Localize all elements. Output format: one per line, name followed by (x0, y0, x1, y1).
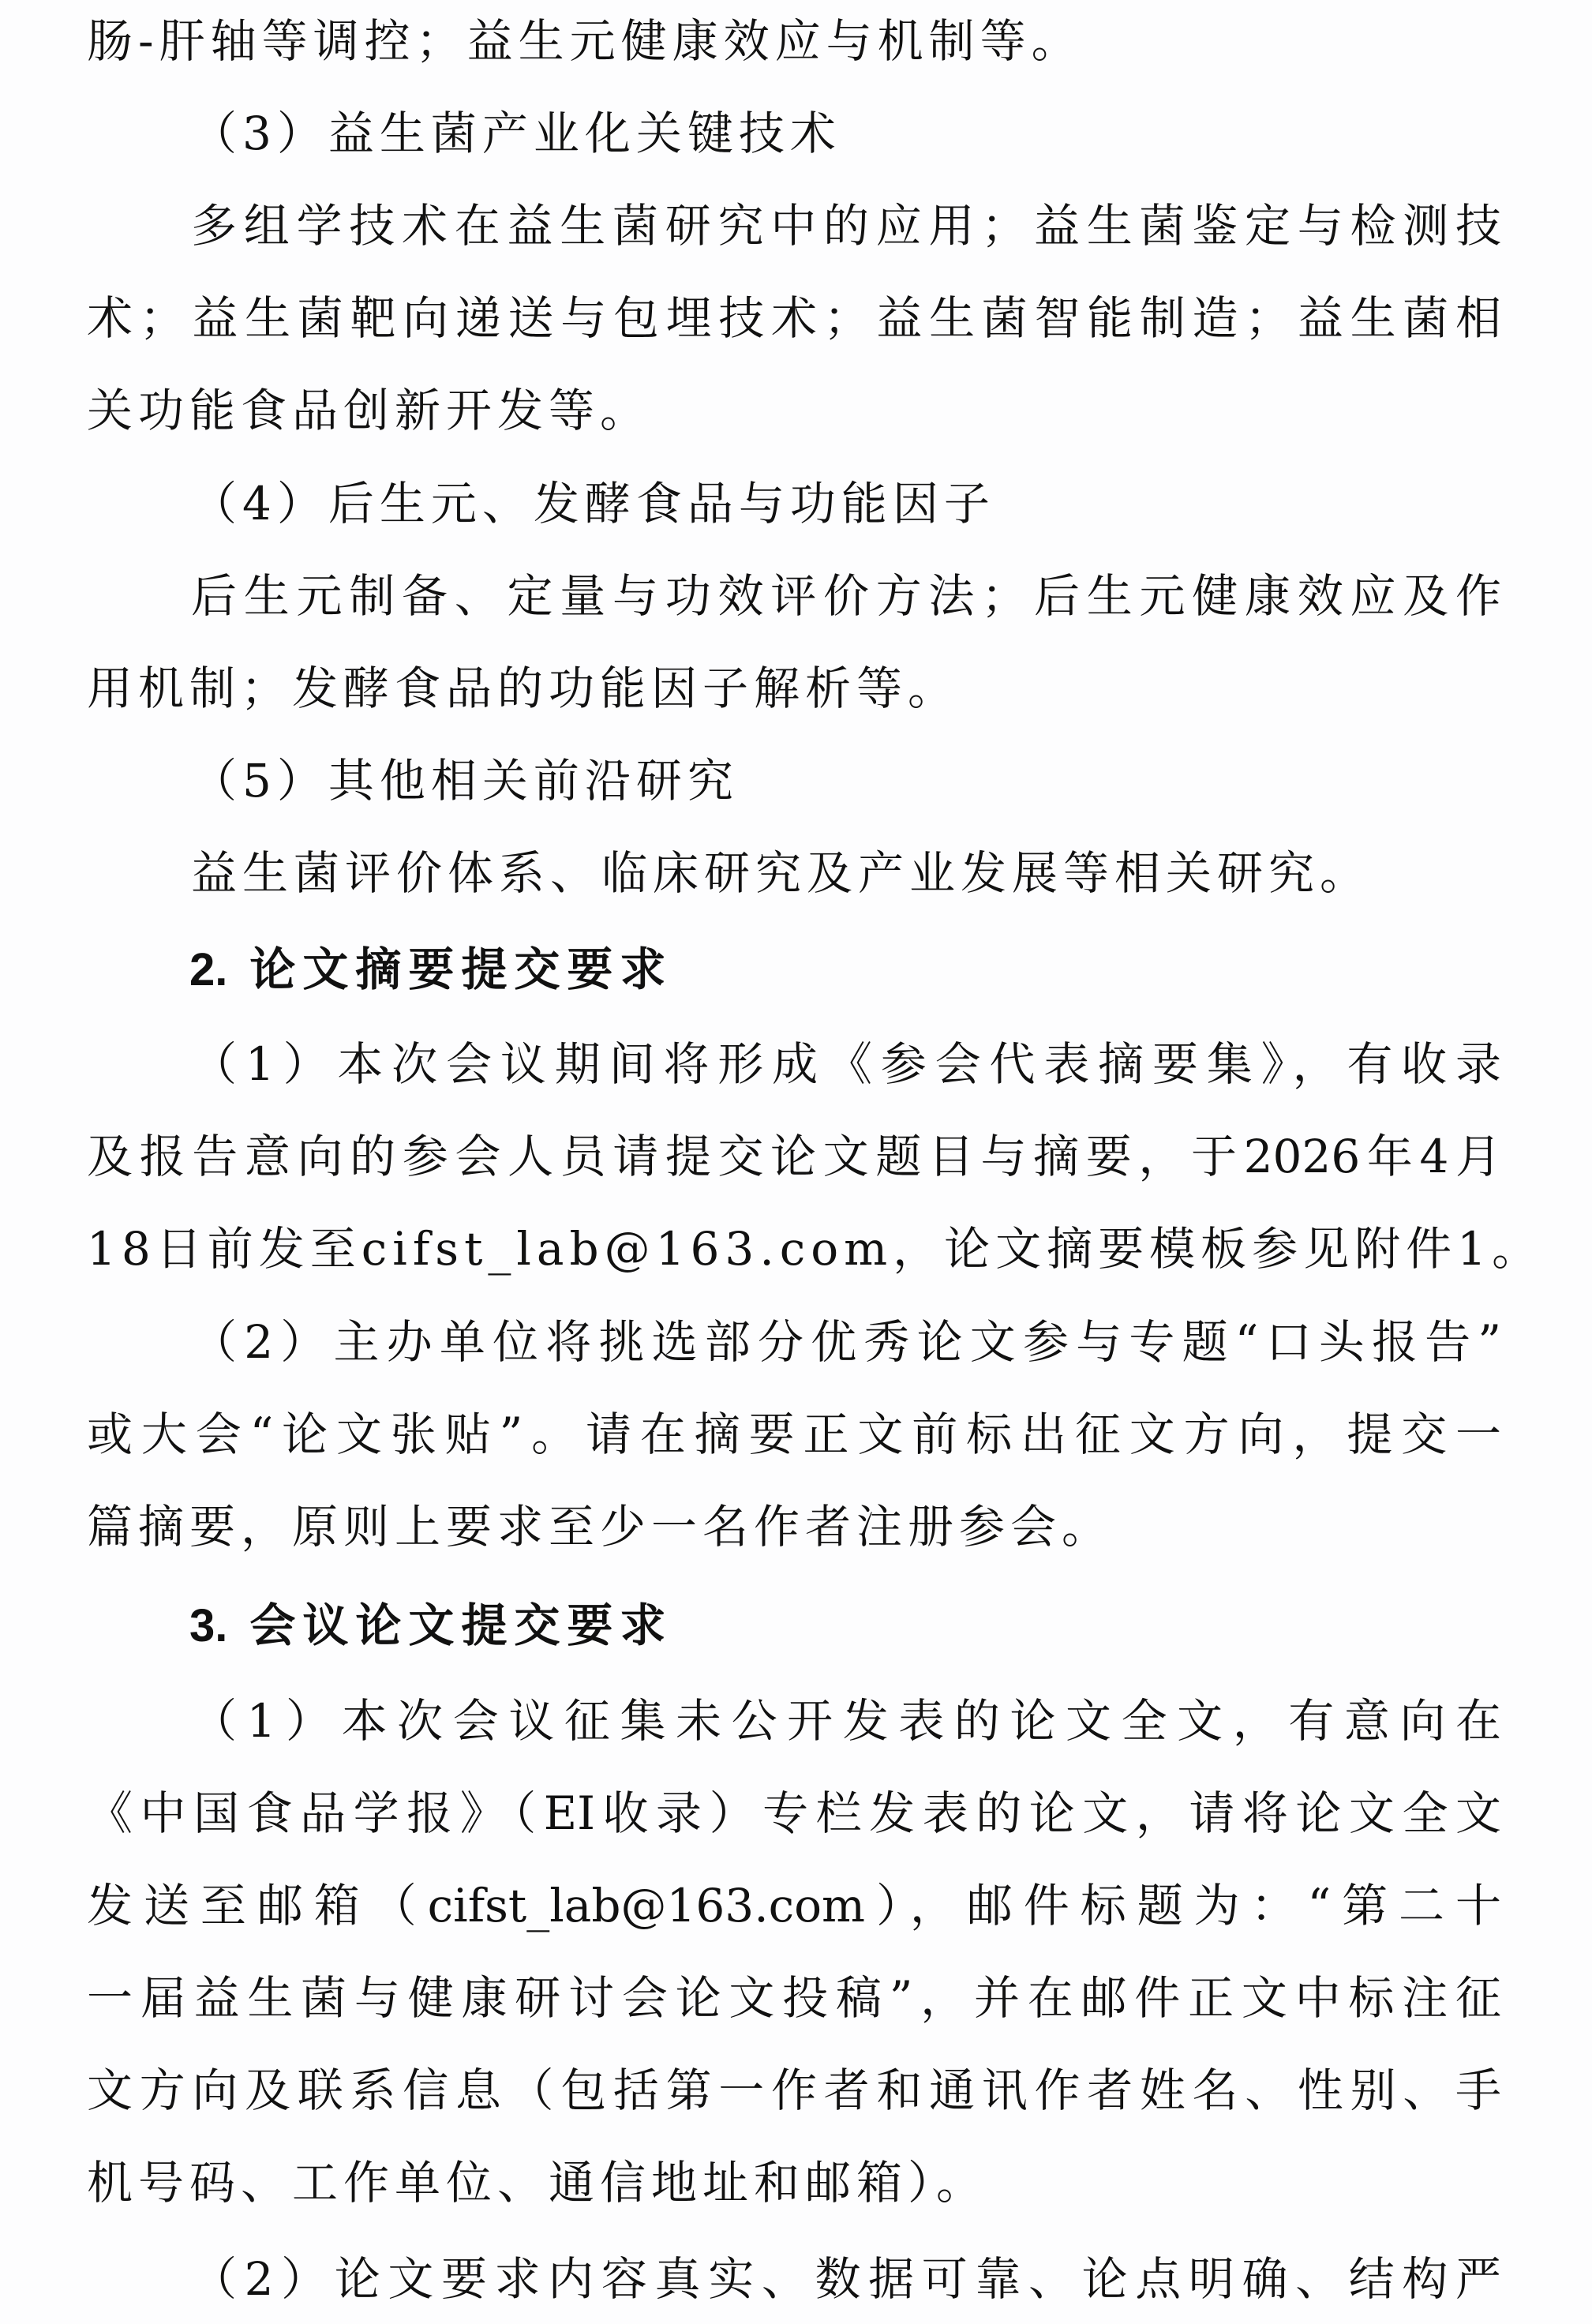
section-heading-3: 3.会议论文提交要求 (189, 1586, 672, 1665)
paragraph-line: 或大会“论文张贴”。请在摘要正文前标出征文方向，提交一 (87, 1395, 1501, 1474)
paragraph-line: 术；益生菌靶向递送与包埋技术；益生菌智能制造；益生菌相 (87, 279, 1501, 358)
paragraph-line: 及报告意向的参会人员请提交论文题目与摘要，于2026年4月 (87, 1117, 1501, 1196)
section-title: 会议论文提交要求 (249, 1599, 672, 1652)
document-page: 肠-肝轴等调控；益生元健康效应与机制等。 （3）益生菌产业化关键技术 多组学技术… (0, 0, 1592, 2324)
paragraph-line: 文方向及联系信息（包括第一作者和通讯作者姓名、性别、手 (87, 2051, 1501, 2130)
subsection-title-5: （5）其他相关前沿研究 (191, 741, 1501, 820)
paragraph-line: 后生元制备、定量与功效评价方法；后生元健康效应及作 (191, 557, 1501, 635)
subsection-title-3: （3）益生菌产业化关键技术 (191, 94, 1501, 173)
paragraph-line: （2）论文要求内容真实、数据可靠、论点明确、结构严 (191, 2240, 1501, 2318)
paragraph-line: 肠-肝轴等调控；益生元健康效应与机制等。 (87, 2, 1501, 81)
paragraph-line: 18日前发至cifst_lab@163.com，论文摘要模板参见附件1。 (87, 1209, 1501, 1288)
paragraph-line: （1）本次会议征集未公开发表的论文全文，有意向在 (191, 1681, 1501, 1760)
paragraph-line: 发送至邮箱（cifst_lab@163.com），邮件标题为：“第二十 (87, 1866, 1501, 1945)
paragraph-line: 关功能食品创新开发等。 (87, 371, 1501, 450)
paragraph-line: 用机制；发酵食品的功能因子解析等。 (87, 649, 1501, 728)
paragraph-line: 一届益生菌与健康研讨会论文投稿”，并在邮件正文中标注征 (87, 1959, 1501, 2037)
section-number: 3. (189, 1600, 227, 1651)
paragraph-line: （1）本次会议期间将形成《参会代表摘要集》，有收录 (191, 1025, 1501, 1104)
section-title: 论文摘要提交要求 (249, 943, 672, 996)
section-number: 2. (189, 944, 227, 995)
paragraph-line: 《中国食品学报》（EI收录）专栏发表的论文，请将论文全文 (87, 1774, 1501, 1853)
paragraph-line: 篇摘要，原则上要求至少一名作者注册参会。 (87, 1487, 1501, 1566)
paragraph-line: （2）主办单位将挑选部分优秀论文参与专题“口头报告” (191, 1303, 1501, 1381)
subsection-title-4: （4）后生元、发酵食品与功能因子 (191, 464, 1501, 543)
paragraph-line: 机号码、工作单位、通信地址和邮箱）。 (87, 2143, 1501, 2222)
section-heading-2: 2.论文摘要提交要求 (189, 930, 672, 1009)
paragraph-line: 益生菌评价体系、临床研究及产业发展等相关研究。 (191, 834, 1501, 913)
paragraph-line: 多组学技术在益生菌研究中的应用；益生菌鉴定与检测技 (191, 186, 1501, 265)
